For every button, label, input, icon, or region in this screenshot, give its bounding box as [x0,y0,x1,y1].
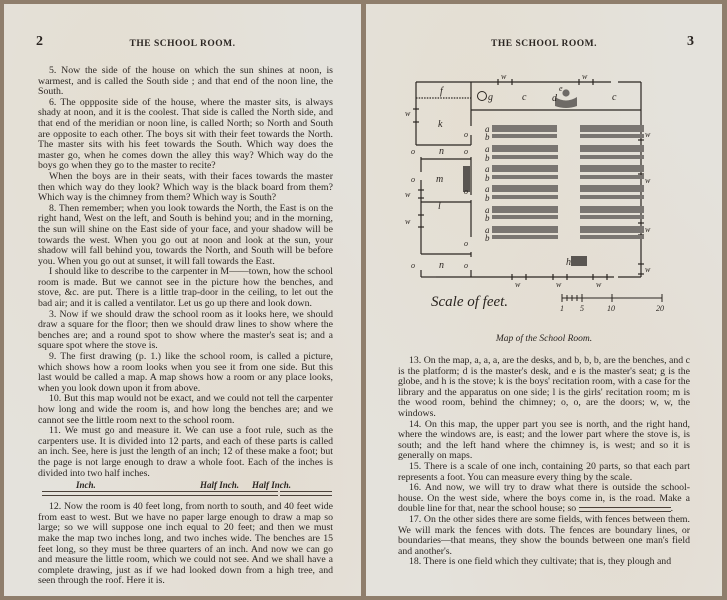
paragraph: 17. On the other sides there are some fi… [398,515,690,557]
scale-label: Scale of feet. [431,294,508,310]
paragraph: 18. There is one field which they cultiv… [398,557,690,568]
svg-text:o: o [411,147,415,156]
map-caption: Map of the School Room. [366,334,722,344]
paragraph: 9. The first drawing (p. 1.) like the sc… [38,352,333,394]
paragraph: 11. We must go and measure it. We can us… [38,426,333,479]
school-room-map: f g c c e d k w l m n n o o o o o o o o [396,72,696,322]
svg-text:h: h [566,257,571,268]
half-inch-bar [196,491,278,496]
paragraph: 3. Now if we should draw the school room… [38,310,333,352]
right-page: THE SCHOOL ROOM. 3 [366,4,722,596]
svg-text:c: c [522,92,527,103]
svg-text:w: w [405,109,411,118]
half-inch-label: Half Inch. [200,480,239,491]
svg-text:n: n [439,146,444,157]
svg-text:k: k [438,119,443,130]
svg-text:w: w [645,225,651,234]
svg-text:f: f [440,86,444,97]
inch-ruler-illustration: Inch. Half Inch. Half Inch. [38,480,333,500]
scale-tick: 20 [656,304,664,313]
svg-text:b: b [485,132,490,142]
svg-text:o: o [464,239,468,248]
half-inch-bar [280,491,332,496]
body-text: 13. On the map, a, a, a, are the desks, … [398,356,690,568]
svg-text:o: o [464,147,468,156]
paragraph: 5. Now the side of the house on which th… [38,66,333,98]
running-head: THE SCHOOL ROOM. [366,39,722,49]
running-head: THE SCHOOL ROOM. [4,39,361,49]
svg-text:o: o [464,130,468,139]
scale-tick: 10 [607,304,615,313]
svg-text:m: m [436,174,443,185]
svg-text:b: b [485,153,490,163]
svg-text:g: g [488,92,493,103]
svg-text:b: b [485,233,490,243]
left-page: 2 THE SCHOOL ROOM. 5. Now the side of th… [4,4,361,596]
svg-text:w: w [501,72,507,81]
paragraph: 6. The oppposite side of the house, wher… [38,98,333,172]
svg-text:w: w [645,265,651,274]
svg-text:w: w [405,190,411,199]
svg-text:o: o [464,187,468,196]
svg-text:w: w [645,130,651,139]
svg-text:c: c [612,92,617,103]
svg-text:b: b [485,213,490,223]
svg-text:w: w [515,280,521,289]
page-number: 3 [687,34,694,50]
half-inch-label: Half Inch. [252,480,291,491]
scale-tick: 1 [560,304,564,313]
svg-text:w: w [582,72,588,81]
svg-text:w: w [556,280,562,289]
svg-text:w: w [405,217,411,226]
paragraph: 15. There is a scale of one inch, contai… [398,462,690,483]
svg-text:e: e [559,84,563,93]
paragraph: 16. And now, we will try to draw what th… [398,483,690,515]
svg-text:b: b [485,193,490,203]
paragraph: 10. But this map would not be exact, and… [38,394,333,426]
svg-text:o: o [411,261,415,270]
inch-label: Inch. [76,480,96,491]
svg-text:w: w [596,280,602,289]
svg-text:l: l [438,201,441,212]
floor-plan-diagram: f g c c e d k w l m n n o o o o o o o o [396,72,696,322]
paragraph: 14. On this map, the upper part you see … [398,420,690,462]
paragraph: I should like to describe to the carpent… [38,267,333,309]
paragraph: 12. Now the room is 40 feet long, from n… [38,502,333,587]
paragraph: 13. On the map, a, a, a, are the desks, … [398,356,690,420]
svg-text:w: w [645,176,651,185]
svg-text:o: o [411,175,415,184]
scale-tick: 5 [580,304,584,313]
road-double-line [579,507,671,512]
paragraph: When the boys are in their seats, with t… [38,172,333,204]
svg-text:b: b [485,173,490,183]
svg-text:n: n [439,260,444,271]
body-text: 5. Now the side of the house on which th… [38,66,333,587]
svg-text:o: o [464,261,468,270]
inch-bar [42,491,205,496]
paragraph: 8. Then remember; when you look towards … [38,204,333,268]
